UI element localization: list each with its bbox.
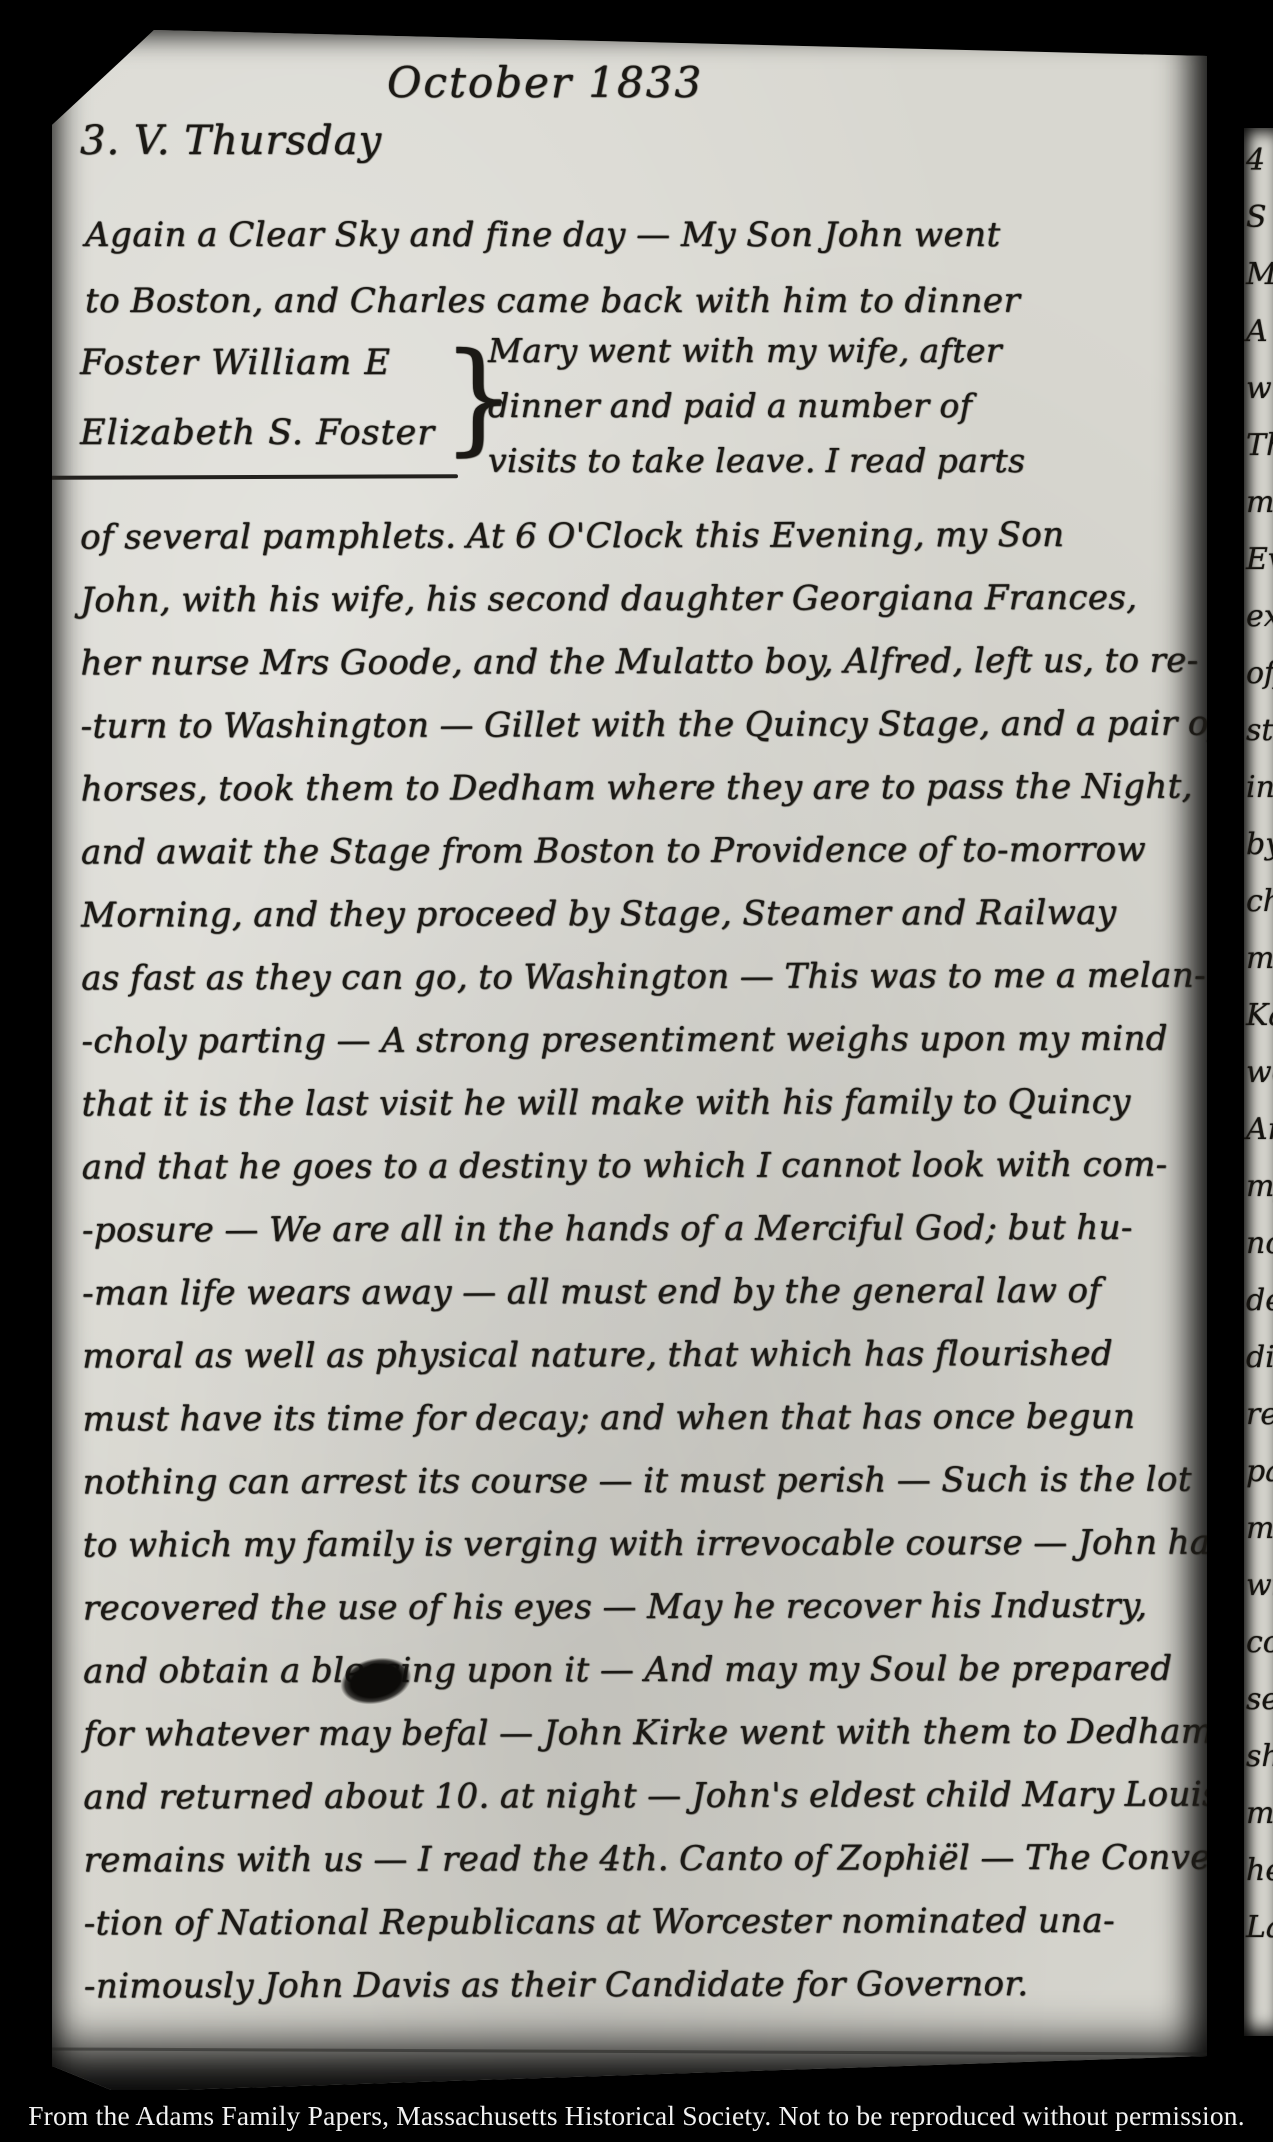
manuscript-fragment: Ka — [1246, 987, 1273, 1044]
manuscript-fragment: Th — [1246, 417, 1273, 474]
manuscript-fragment: ma — [1246, 930, 1273, 987]
manuscript-fragment: wit — [1246, 1557, 1273, 1614]
manuscript-fragment: mu — [1246, 474, 1273, 531]
manuscript-line: must have its time for decay; and when t… — [82, 1385, 1244, 1451]
manuscript-line: horses, took them to Dedham where they a… — [81, 755, 1243, 821]
manuscript-line: -nimously John Davis as their Candidate … — [84, 1952, 1246, 2018]
manuscript-fragment: my — [1246, 1158, 1273, 1215]
manuscript-fragment: sea — [1246, 1671, 1273, 1728]
manuscript-fragment: in a — [1246, 759, 1273, 816]
manuscript-fragment: w — [1246, 360, 1273, 417]
manuscript-fragment: An — [1246, 1101, 1273, 1158]
manuscript-line: visits to take leave. I read parts — [488, 433, 1025, 488]
diary-body-text: of several pamphlets. At 6 O'Clock this … — [80, 503, 1245, 2018]
manuscript-line: Foster William E — [80, 328, 435, 398]
manuscript-fragment: by — [1246, 816, 1273, 873]
manuscript-line: Mary went with my wife, after — [488, 323, 1025, 378]
manuscript-fragment: mor — [1246, 1785, 1273, 1842]
diary-page: October 1833 3. V. Thursday Again a Clea… — [52, 30, 1207, 2092]
manuscript-line: dinner and paid a number of — [488, 378, 1025, 433]
manuscript-line: and returned about 10. at night — John's… — [83, 1763, 1245, 1829]
manuscript-line: -choly parting — A strong presentiment w… — [81, 1007, 1243, 1073]
scanned-diary-photograph: October 1833 3. V. Thursday Again a Clea… — [0, 0, 1273, 2142]
manuscript-fragment: ex — [1246, 588, 1273, 645]
marginal-note-side-lines: Mary went with my wife, afterdinner and … — [488, 323, 1025, 488]
entry-date-heading: 3. V. Thursday — [80, 118, 382, 164]
marginal-note-names: Foster William EElizabeth S. Foster — [80, 328, 435, 468]
manuscript-line: as fast as they can go, to Washington — … — [81, 944, 1243, 1010]
manuscript-fragment: Latt — [1246, 1899, 1273, 1956]
manuscript-fragment: sta — [1246, 702, 1273, 759]
manuscript-fragment: hes — [1246, 1842, 1273, 1899]
manuscript-fragment: M — [1246, 246, 1273, 303]
attribution-caption: From the Adams Family Papers, Massachuse… — [0, 2090, 1273, 2142]
adjacent-page-edge: 4SMAwThmuEveexoffstain abychamaKawouAnmy… — [1244, 128, 1273, 2036]
manuscript-line: Morning, and they proceed by Stage, Stea… — [81, 881, 1243, 947]
manuscript-line: remains with us — I read the 4th. Canto … — [83, 1826, 1245, 1892]
manuscript-fragment: 4 — [1246, 132, 1273, 189]
manuscript-line: that it is the last visit he will make w… — [82, 1070, 1244, 1136]
manuscript-fragment: part — [1246, 1443, 1273, 1500]
manuscript-fragment: des — [1246, 1272, 1273, 1329]
marginal-note-underline — [50, 474, 458, 479]
manuscript-line: -man life wears away — all must end by t… — [82, 1259, 1244, 1325]
manuscript-fragment: S — [1246, 189, 1273, 246]
manuscript-line: recovered the use of his eyes — May he r… — [83, 1574, 1245, 1640]
manuscript-line: -posure — We are all in the hands of a M… — [82, 1196, 1244, 1262]
manuscript-line: Elizabeth S. Foster — [80, 398, 435, 468]
month-header: October 1833 — [387, 58, 703, 107]
manuscript-line: moral as well as physical nature, that w… — [82, 1322, 1244, 1388]
manuscript-line: and obtain a blessing upon it — And may … — [83, 1637, 1245, 1703]
manuscript-fragment: wou — [1246, 1044, 1273, 1101]
manuscript-line: nothing can arrest its course — it must … — [82, 1448, 1244, 1514]
manuscript-fragment: disg — [1246, 1329, 1273, 1386]
manuscript-line: and that he goes to a destiny to which I… — [82, 1133, 1244, 1199]
manuscript-fragment: rest — [1246, 1386, 1273, 1443]
opening-lines: Again a Clear Sky and fine day — My Son … — [85, 202, 1020, 334]
manuscript-line: for whatever may befal — John Kirke went… — [83, 1700, 1245, 1766]
manuscript-fragment: sha — [1246, 1728, 1273, 1785]
manuscript-line: -tion of National Republicans at Worcest… — [84, 1889, 1246, 1955]
manuscript-fragment: nor — [1246, 1215, 1273, 1272]
manuscript-line: to which my family is verging with irrev… — [83, 1511, 1245, 1577]
manuscript-fragment: com — [1246, 1614, 1273, 1671]
manuscript-fragment: Eve — [1246, 531, 1273, 588]
manuscript-fragment: A — [1246, 303, 1273, 360]
manuscript-line: and await the Stage from Boston to Provi… — [81, 818, 1243, 884]
manuscript-fragment: me — [1246, 1500, 1273, 1557]
manuscript-line: -turn to Washington — Gillet with the Qu… — [81, 692, 1243, 758]
manuscript-line: of several pamphlets. At 6 O'Clock this … — [80, 503, 1242, 569]
manuscript-fragment: cha — [1246, 873, 1273, 930]
page-bottom-crease — [52, 2047, 1207, 2055]
manuscript-fragment: off — [1246, 645, 1273, 702]
manuscript-line: Again a Clear Sky and fine day — My Son … — [85, 202, 1020, 268]
manuscript-line: her nurse Mrs Goode, and the Mulatto boy… — [80, 629, 1242, 695]
manuscript-line: John, with his wife, his second daughter… — [80, 566, 1242, 632]
